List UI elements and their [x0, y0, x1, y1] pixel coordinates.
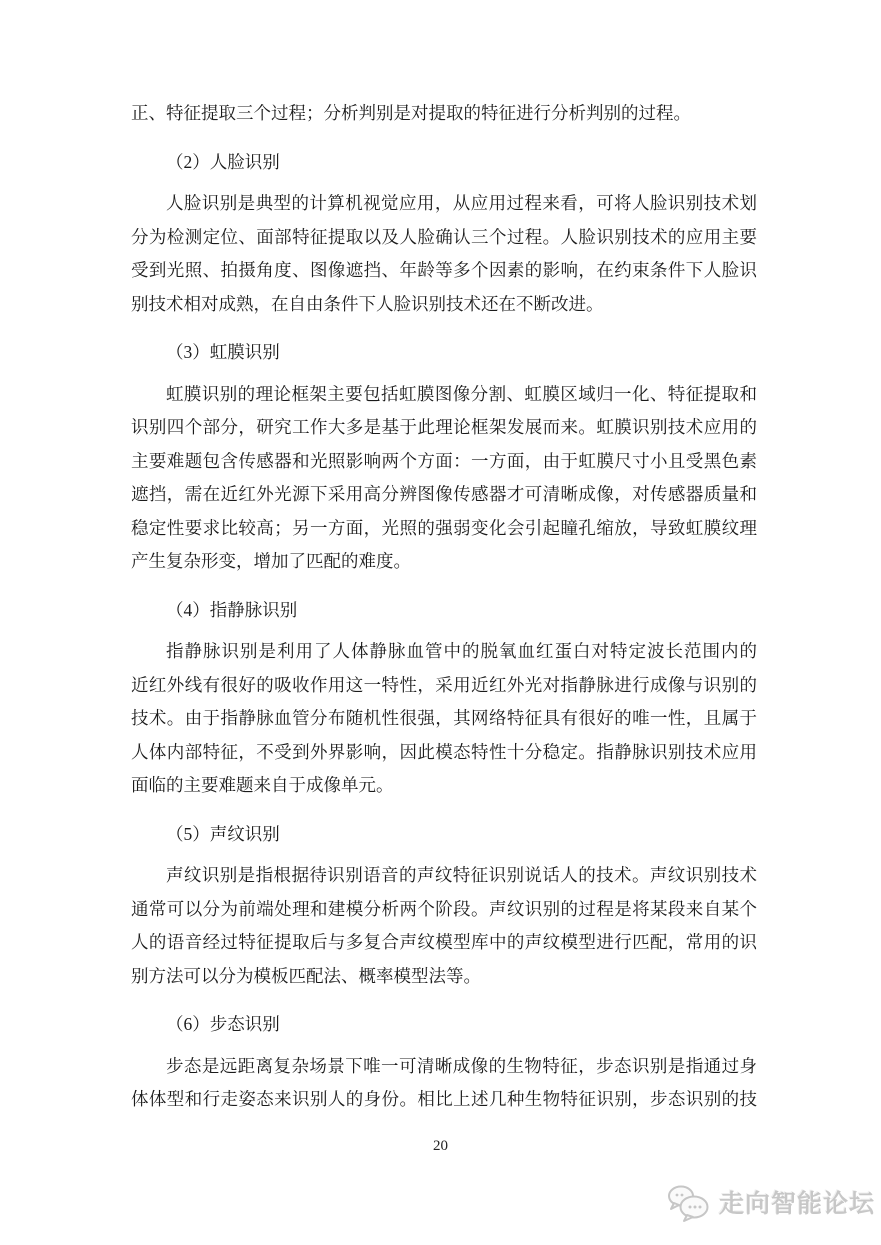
text-line: 人体内部特征，不受到外界影响，因此模态特性十分稳定。指静脉识别技术应用 [131, 736, 757, 770]
text-line: 识别四个部分，研究工作大多是基于此理论框架发展而来。虹膜识别技术应用的 [131, 411, 757, 445]
body-paragraph: 指静脉识别是利用了人体静脉血管中的脱氧血红蛋白对特定波长范围内的近红外线有很好的… [131, 635, 757, 803]
section-heading: （3）虹膜识别 [131, 336, 757, 370]
text-line: 人脸识别是典型的计算机视觉应用，从应用过程来看，可将人脸识别技术划 [131, 187, 757, 221]
heading-line: （3）虹膜识别 [131, 336, 757, 370]
body-paragraph: 虹膜识别的理论框架主要包括虹膜图像分割、虹膜区域归一化、特征提取和识别四个部分，… [131, 378, 757, 579]
heading-line: （2）人脸识别 [131, 146, 757, 180]
section-heading: （5）声纹识别 [131, 818, 757, 852]
document-content: 正、特征提取三个过程；分析判别是对提取的特征进行分析判别的过程。（2）人脸识别人… [131, 97, 757, 1117]
section-heading: （2）人脸识别 [131, 146, 757, 180]
body-paragraph: 正、特征提取三个过程；分析判别是对提取的特征进行分析判别的过程。 [131, 97, 757, 131]
text-line: 步态是远距离复杂场景下唯一可清晰成像的生物特征，步态识别是指通过身 [131, 1050, 757, 1084]
heading-line: （5）声纹识别 [131, 818, 757, 852]
text-line: 近红外线有很好的吸收作用这一特性，采用近红外光对指静脉进行成像与识别的 [131, 669, 757, 703]
text-line: 指静脉识别是利用了人体静脉血管中的脱氧血红蛋白对特定波长范围内的 [131, 635, 757, 669]
text-line: 主要难题包含传感器和光照影响两个方面：一方面，由于虹膜尺寸小且受黑色素 [131, 445, 757, 479]
text-line: 受到光照、拍摄角度、图像遮挡、年龄等多个因素的影响，在约束条件下人脸识 [131, 254, 757, 288]
body-paragraph: 步态是远距离复杂场景下唯一可清晰成像的生物特征，步态识别是指通过身体体型和行走姿… [131, 1050, 757, 1117]
heading-line: （6）步态识别 [131, 1008, 757, 1042]
section-heading: （4）指静脉识别 [131, 594, 757, 628]
section-heading: （6）步态识别 [131, 1008, 757, 1042]
body-paragraph: 人脸识别是典型的计算机视觉应用，从应用过程来看，可将人脸识别技术划分为检测定位、… [131, 187, 757, 321]
text-line: 面临的主要难题来自于成像单元。 [131, 769, 757, 803]
text-line: 产生复杂形变，增加了匹配的难度。 [131, 545, 757, 579]
text-line: 正、特征提取三个过程；分析判别是对提取的特征进行分析判别的过程。 [131, 97, 757, 131]
text-line: 虹膜识别的理论框架主要包括虹膜图像分割、虹膜区域归一化、特征提取和 [131, 378, 757, 412]
text-line: 声纹识别是指根据待识别语音的声纹特征识别说话人的技术。声纹识别技术 [131, 859, 757, 893]
chat-bubbles-icon [664, 1183, 712, 1225]
body-paragraph: 声纹识别是指根据待识别语音的声纹特征识别说话人的技术。声纹识别技术通常可以分为前… [131, 859, 757, 993]
text-line: 别技术相对成熟，在自由条件下人脸识别技术还在不断改进。 [131, 288, 757, 322]
watermark-text: 走向智能论坛 [719, 1183, 875, 1225]
text-line: 体体型和行走姿态来识别人的身份。相比上述几种生物特征识别，步态识别的技 [131, 1083, 757, 1117]
text-line: 技术。由于指静脉血管分布随机性很强，其网络特征具有很好的唯一性，且属于 [131, 702, 757, 736]
text-line: 别方法可以分为模板匹配法、概率模型法等。 [131, 960, 757, 994]
page-number: 20 [0, 1136, 881, 1156]
text-line: 分为检测定位、面部特征提取以及人脸确认三个过程。人脸识别技术的应用主要 [131, 221, 757, 255]
heading-line: （4）指静脉识别 [131, 594, 757, 628]
text-line: 人的语音经过特征提取后与多复合声纹模型库中的声纹模型进行匹配，常用的识 [131, 926, 757, 960]
text-line: 稳定性要求比较高；另一方面，光照的强弱变化会引起瞳孔缩放，导致虹膜纹理 [131, 512, 757, 546]
document-page: 正、特征提取三个过程；分析判别是对提取的特征进行分析判别的过程。（2）人脸识别人… [0, 0, 881, 1245]
watermark: 走向智能论坛 [664, 1183, 875, 1225]
text-line: 通常可以分为前端处理和建模分析两个阶段。声纹识别的过程是将某段来自某个 [131, 893, 757, 927]
text-line: 遮挡，需在近红外光源下采用高分辨图像传感器才可清晰成像，对传感器质量和 [131, 478, 757, 512]
